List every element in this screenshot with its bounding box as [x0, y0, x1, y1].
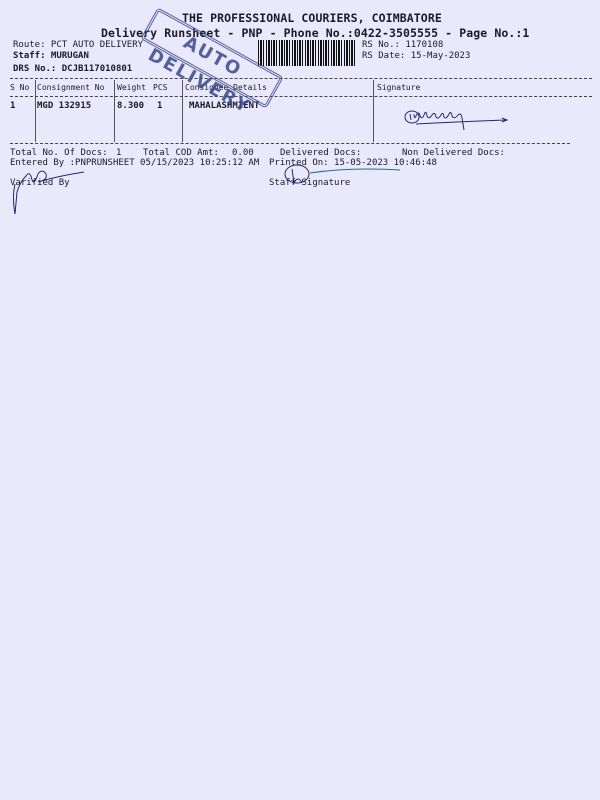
total-cod-label: Total COD Amt:: [143, 148, 219, 158]
drs-number: DRS No.: DCJB117010801: [13, 64, 132, 74]
non-delivered-docs-label: Non Delivered Docs:: [402, 148, 505, 158]
total-docs-value: 1: [116, 148, 121, 158]
cell-weight: 8.300: [117, 101, 144, 111]
staff-signature: [280, 163, 430, 193]
barcode: [258, 40, 356, 66]
cell-pcs: 1: [157, 101, 162, 111]
column-divider: [182, 80, 183, 142]
cell-consignment-no: MGD 132915: [37, 101, 91, 111]
column-divider: [114, 80, 115, 142]
column-header-signature: Signature: [377, 83, 420, 92]
staff-label: Staff: MURUGAN: [13, 51, 89, 61]
verifier-signature: [8, 162, 88, 222]
total-docs-label: Total No. Of Docs:: [10, 148, 108, 158]
route-label: Route: PCT AUTO DELIVERY: [13, 40, 143, 50]
company-title: THE PROFESSIONAL COURIERS, COIMBATORE: [182, 11, 442, 25]
divider: [10, 143, 570, 144]
column-header-pcs: PCS: [153, 83, 167, 92]
total-cod-value: 0.00: [232, 148, 254, 158]
divider: [10, 78, 592, 79]
column-divider: [35, 80, 36, 142]
column-header-sno: S No: [10, 83, 29, 92]
divider: [10, 96, 592, 97]
rs-number: RS No.: 1170108: [362, 40, 443, 50]
delivered-docs-label: Delivered Docs:: [280, 148, 361, 158]
recipient-signature: [402, 106, 512, 136]
column-divider: [373, 80, 374, 142]
rs-date: RS Date: 15-May-2023: [362, 51, 470, 61]
column-header-weight: Weight: [117, 83, 146, 92]
cell-sno: 1: [10, 101, 15, 111]
column-header-consignment: Consignment No: [37, 83, 104, 92]
